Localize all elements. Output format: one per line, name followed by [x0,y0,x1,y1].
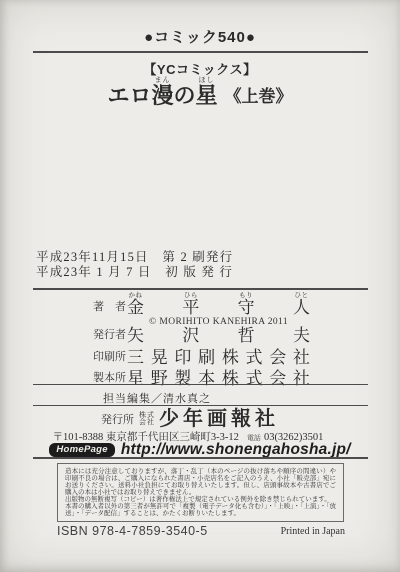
publisher-label: 発行所 [101,411,134,427]
author-name: かね金 ひら平 もり守 ひと人 [127,292,310,316]
author-kanji: 平 [182,299,199,316]
notice-returns: 造本には充分注意しておりますが、落丁・乱丁（本のページの抜け落ちや順序の間違い）… [65,468,336,496]
title-kanji: 星 [196,85,218,107]
title-ruby-man: まん 漫 [151,77,173,107]
book-title: エロ まん 漫 の ほし 星 《上巻》 [0,77,400,107]
divider-homepage [33,457,368,459]
author-kanji: 人 [293,299,310,316]
publisher-name: 少年画報社 [159,409,279,429]
homepage-badge: HomePage [49,443,115,457]
legal-notice-box: 造本には充分注意しておりますが、落丁・乱丁（本のページの抜け落ちや順序の間違い）… [57,463,344,522]
author-kanji: 守 [238,299,255,316]
credit-row-publisher-person: 発行者 矢沢哲夫 [93,326,310,344]
isbn: ISBN 978-4-7859-3540-5 [57,524,208,538]
divider-editor-bottom [33,405,368,406]
credit-value: 矢沢哲夫 [127,327,310,344]
notice-redistribution: 本書の購入者以外の第三者が無許可で「複製（電子データ化も含む）」・「上映」・「上… [65,503,336,517]
divider-editor-top [33,384,368,385]
author-char: かね金 [127,292,144,316]
author-row: 著 者 かね金 ひら平 もり守 ひと人 [93,292,310,316]
title-ruby-hoshi: ほし 星 [196,77,218,107]
credit-label: 印刷所 [93,348,127,366]
notice-copying: 出版物の無断複写（コピー）は著作権法上で規定されている例外を除き禁じられています… [65,496,336,503]
volume-label: 《上巻》 [225,88,293,107]
series-header: ●コミック540● [0,26,400,47]
editor-credit: 担当編集／清水真之 [103,390,211,406]
title-segment: エロ [107,85,151,107]
corporation-label: 株式 会社 [139,412,155,427]
credit-row-printer: 印刷所 三晃印刷株式会社 [93,348,310,366]
printing-dates: 平成23年11月15日 第 2 刷発行 平成23年 1 月 7 日 初 版 発 … [36,250,233,280]
author-char: ひら平 [182,292,199,316]
credit-value: 三晃印刷株式会社 [127,349,310,366]
title-kanji: 漫 [151,85,173,107]
author-label: 著 者 [93,298,127,316]
divider-dates [33,288,368,290]
author-kanji: 金 [127,299,144,316]
footer-row: ISBN 978-4-7859-3540-5 Printed in Japan [57,524,345,538]
publisher-row: 発行所 株式 会社 少年画報社 [0,409,390,429]
imprint-label: 【YCコミックス】 [0,59,400,78]
divider-top [33,51,368,53]
corp-bottom: 会社 [139,419,155,427]
author-char: ひと人 [293,292,310,316]
title-segment: の [174,85,196,107]
author-char: もり守 [238,292,255,316]
printing-line-reprint: 平成23年11月15日 第 2 刷発行 [36,250,233,265]
printing-line-first-edition: 平成23年 1 月 7 日 初 版 発 行 [36,265,233,280]
printed-in-japan: Printed in Japan [281,526,345,537]
colophon-page: ●コミック540● 【YCコミックス】 エロ まん 漫 の ほし 星 《上巻》 … [0,0,400,572]
credit-label: 発行者 [93,326,127,344]
